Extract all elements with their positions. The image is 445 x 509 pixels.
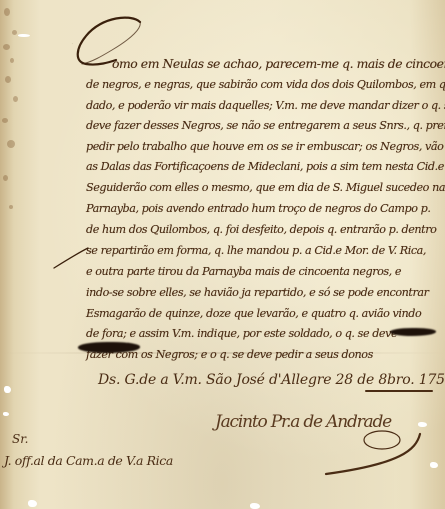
body-line-4: deve fazer desses Negros, se não se entr… bbox=[86, 119, 445, 132]
body-line-13: Esmagarão de quinze, doze que levarão, e… bbox=[86, 307, 421, 320]
pen-flourish bbox=[50, 244, 90, 270]
body-line-7: Seguiderão com elles o mesmo, que em dia… bbox=[86, 181, 445, 194]
body-line-8: Parnayba, pois avendo entrado hum troço … bbox=[86, 202, 430, 215]
body-line-2: de negros, e negras, que sabirão com vid… bbox=[86, 78, 445, 91]
ink-blot bbox=[390, 328, 436, 336]
body-line-6: as Dalas das Fortificaçoens de Mideclani… bbox=[86, 160, 444, 173]
body-line-1: omo em Neulas se achao, parecem-me q. ma… bbox=[112, 56, 445, 71]
paper-hole bbox=[430, 462, 438, 468]
body-line-11: e outra parte tirou da Parnayba mais de … bbox=[86, 265, 401, 278]
paper-hole bbox=[3, 412, 9, 416]
body-line-12: indo-se sobre elles, se havião ja repart… bbox=[86, 286, 428, 299]
body-line-9: de hum dos Quilombos, q. foi desfeito, d… bbox=[86, 223, 436, 236]
address-salutation: Sr. bbox=[12, 432, 28, 446]
date-underline bbox=[365, 390, 433, 392]
closing-date-line: Ds. G.de a V.m. São José d'Allegre 28 de… bbox=[98, 372, 445, 388]
signature-flourish bbox=[320, 420, 430, 480]
body-line-14: de fora; e assim V.m. indique, por este … bbox=[86, 327, 397, 340]
foxing-stains bbox=[0, 0, 40, 260]
address-recipient: J. off.al da Cam.a de V.a Rica bbox=[4, 453, 173, 468]
paper-hole bbox=[4, 386, 11, 393]
body-line-5: pedir pelo trabalho que houve em os se i… bbox=[86, 140, 445, 153]
paper-hole bbox=[28, 500, 37, 507]
body-line-10: se repartirão em forma, q. lhe mandou p.… bbox=[86, 244, 426, 257]
paper-hole bbox=[18, 34, 30, 37]
paper-hole bbox=[250, 503, 260, 509]
manuscript-page: C omo em Neulas se achao, parecem-me q. … bbox=[0, 0, 445, 509]
body-line-3: dado, e poderão vir mais daquelles; V.m.… bbox=[86, 99, 445, 112]
